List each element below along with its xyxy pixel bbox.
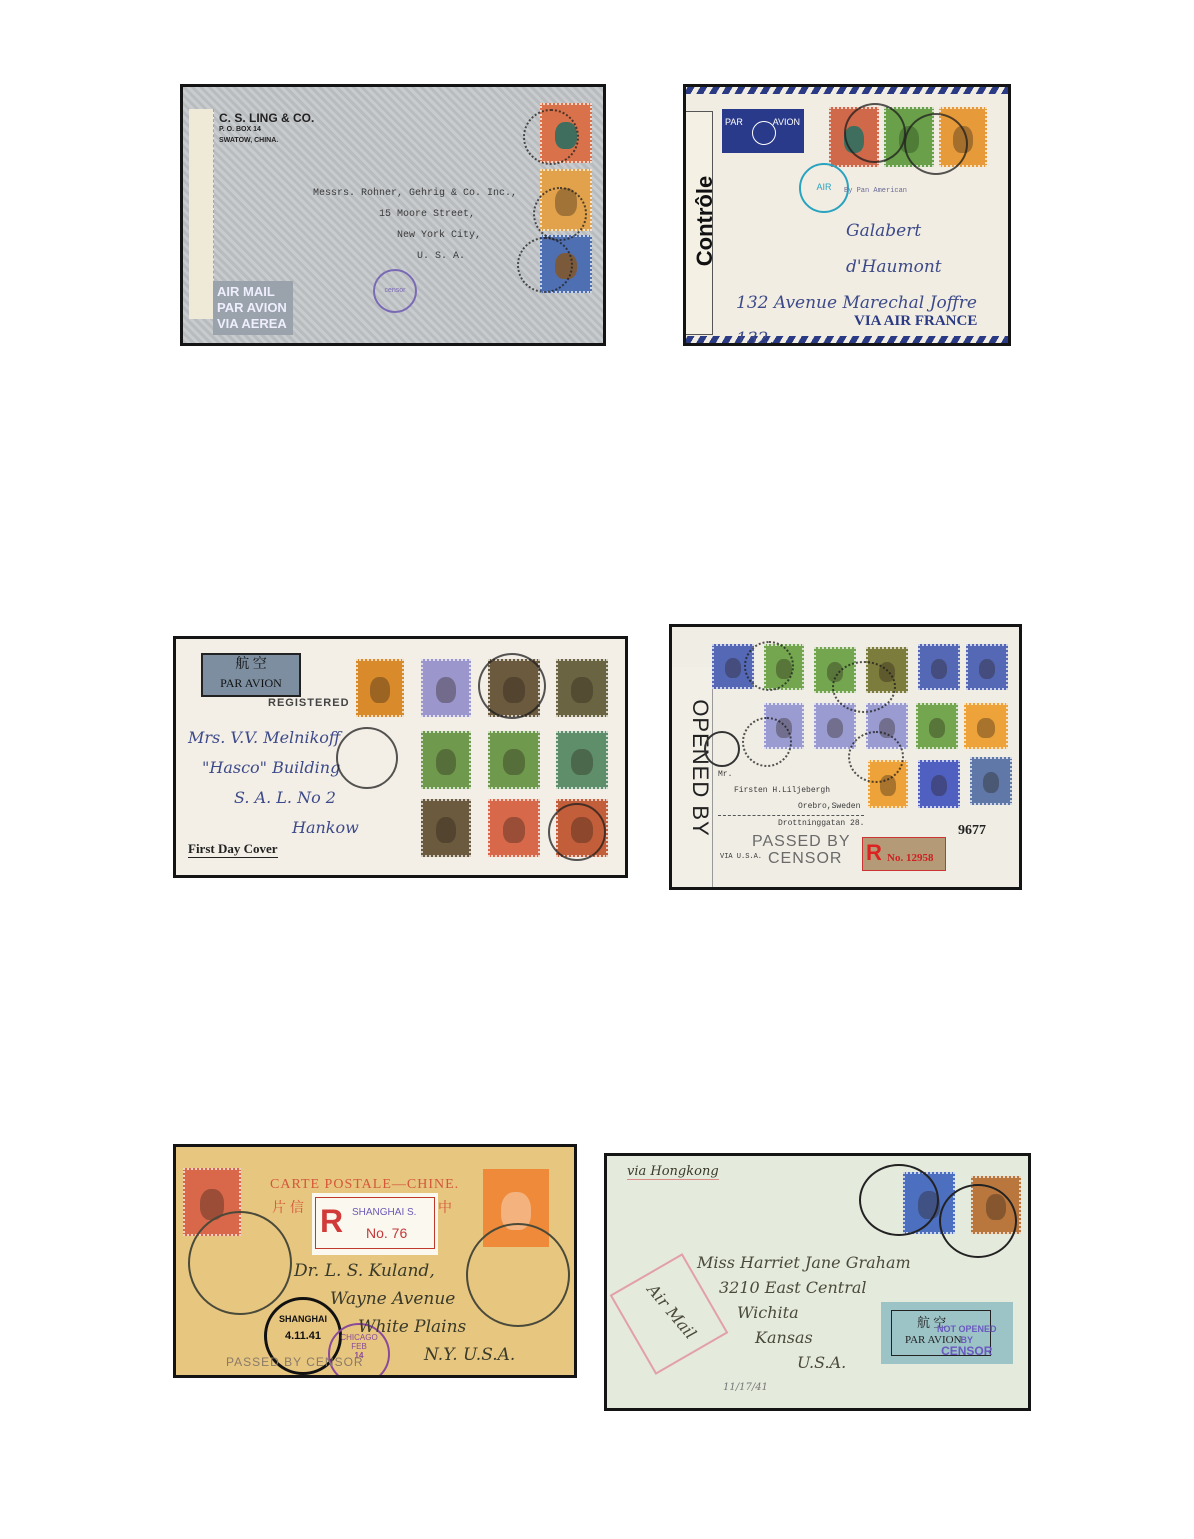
postmark [742, 717, 792, 767]
recipient-address: Messrs. Rohner, Gehrig & Co. Inc., 15 Mo… [313, 183, 517, 267]
stamp [421, 659, 471, 717]
cover-wichita-kansas: via Hongkong Air Mail Miss Harriet Jane … [604, 1153, 1031, 1411]
postmark [336, 727, 398, 789]
sender-box: P. O. BOX 14 [219, 124, 314, 135]
airmail-border-top [686, 87, 1008, 94]
registry-number: 9677 [958, 823, 986, 839]
stamp [488, 731, 540, 789]
passed-by-censor-mark: PASSED BY CENSOR [752, 833, 851, 867]
censor-tape: OPENED BY [672, 667, 713, 887]
cover-swatow-new-york: C. S. LING & CO. P. O. BOX 14 SWATOW, CH… [180, 84, 606, 346]
first-day-cover-note: First Day Cover [188, 841, 278, 858]
postmark [744, 641, 794, 691]
stamp [918, 760, 960, 808]
stamp [970, 757, 1012, 805]
postmark [859, 1164, 939, 1236]
stamp [556, 731, 608, 789]
censor-tape: Contrôle [686, 111, 713, 335]
postmark [523, 109, 579, 165]
registration-label: R SHANGHAI S. No. 76 [312, 1193, 438, 1255]
not-opened-censor-mark: NOT OPENED BY CENSOR [937, 1324, 997, 1357]
postmark [548, 803, 606, 861]
postmark [832, 661, 896, 713]
stamp [421, 799, 471, 857]
air-handstamp: AIR [799, 163, 849, 213]
censor-circle-mark: censor [373, 269, 417, 313]
stamp [916, 703, 958, 749]
stamp [556, 659, 608, 717]
via-air-france-label: VIA AIR FRANCE [854, 313, 977, 330]
sender-block: C. S. LING & CO. P. O. BOX 14 SWATOW, CH… [219, 113, 314, 146]
sender-city: SWATOW, CHINA. [219, 135, 314, 146]
recipient-address: Dr. L. S. Kuland, Wayne Avenue White Pla… [294, 1257, 515, 1369]
recipient-address: Mr. Firsten H.Liljebergh Orebro,Sweden D… [718, 767, 864, 832]
routing-note: By Pan American [844, 187, 907, 195]
postmark [844, 103, 906, 163]
recipient-address: Miss Harriet Jane Graham 3210 East Centr… [697, 1250, 911, 1375]
par-avion-label: PAR AVION [722, 109, 804, 153]
stamp [356, 659, 404, 717]
card-title-cn-left: 片 信 [272, 1197, 304, 1217]
route-note: via Hongkong [627, 1164, 719, 1180]
date-note: 11/17/41 [723, 1382, 768, 1393]
route-note: VIA U.S.A. [720, 853, 762, 861]
winged-globe-icon [752, 121, 776, 145]
cover-hankow-first-day: 航 空 PAR AVION REGISTERED Mrs. V.V. Melni… [173, 636, 628, 878]
passed-by-censor-mark: PASSED BY CENSOR [226, 1355, 364, 1369]
postmark [188, 1211, 292, 1315]
stamp [918, 644, 960, 690]
censor-tape [189, 109, 214, 319]
stamp [421, 731, 471, 789]
stamp [964, 703, 1008, 749]
cover-orebro-sweden: OPENED BY Mr. Firsten H.Liljebergh Orebr… [669, 624, 1022, 890]
recipient-address: Mrs. V.V. Melnikoff "Hasco" Building S. … [188, 723, 359, 843]
postmark [517, 237, 573, 293]
stamp [966, 644, 1008, 690]
censor-number-mark [704, 731, 740, 767]
par-avion-label: 航 空 PAR AVION [201, 653, 301, 697]
postmark [904, 113, 968, 175]
cover-toulon: Contrôle PAR AVION AIR By Pan American G… [683, 84, 1011, 346]
postmark [939, 1184, 1017, 1258]
registered-mark: REGISTERED [268, 697, 350, 709]
stamp [488, 799, 540, 857]
sender-name: C. S. LING & CO. [219, 113, 314, 124]
airmail-label: AIR MAIL PAR AVION VIA AEREA [213, 281, 293, 335]
card-title: CARTE POSTALE—CHINE. [270, 1177, 459, 1193]
card-title-cn-right: 中 [438, 1197, 452, 1217]
postcard-shanghai-white-plains: CARTE POSTALE—CHINE. 片 信 中 R SHANGHAI S.… [173, 1144, 577, 1378]
postmark [478, 653, 546, 719]
registration-label: R No. 12958 [862, 837, 946, 871]
postmark [533, 187, 587, 241]
